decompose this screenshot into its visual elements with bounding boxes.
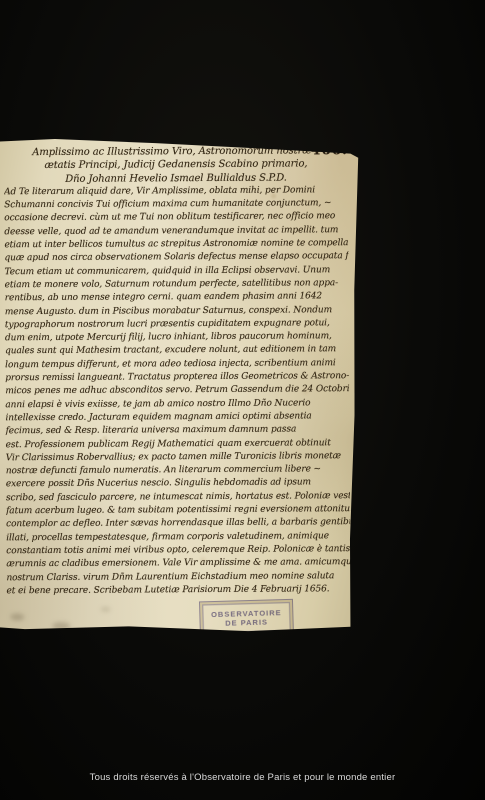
manuscript-line: et ei bene precare. Scribebam Lutetiæ Pa… (7, 583, 351, 598)
archival-photo: { "document": { "type": "manuscript-lett… (0, 0, 485, 800)
folio-number: 466. (311, 141, 348, 158)
observatory-stamp: OBSERVATOIRE DE PARIS (199, 599, 294, 637)
ink-smudge (10, 613, 24, 620)
copyright-caption: Tous droits réservés à l'Observatoire de… (0, 772, 485, 783)
ink-smudge (52, 622, 70, 630)
manuscript-line: intellexisse credo. Jacturam equidem mag… (5, 410, 349, 425)
stamp-line-2: DE PARIS (225, 617, 268, 627)
letter-body: Ad Te literarum aliquid dare, Vir Amplis… (4, 184, 351, 598)
manuscript-line: ærumnis ac cladibus emersionem. Vale Vir… (6, 556, 350, 571)
letter-heading: Amplissimo ac Illustrissimo Viro, Astron… (4, 144, 348, 186)
heading-line-2: ætatis Principi, Judicij Gedanensis Scab… (4, 157, 348, 172)
manuscript-paper: Amplissimo ac Illustrissimo Viro, Astron… (0, 135, 360, 639)
ink-smudge (101, 607, 111, 612)
handwritten-text: Amplissimo ac Illustrissimo Viro, Astron… (4, 144, 351, 598)
heading-line-3: Dño Johanni Hevelio Ismael Bullialdus S.… (4, 171, 348, 186)
